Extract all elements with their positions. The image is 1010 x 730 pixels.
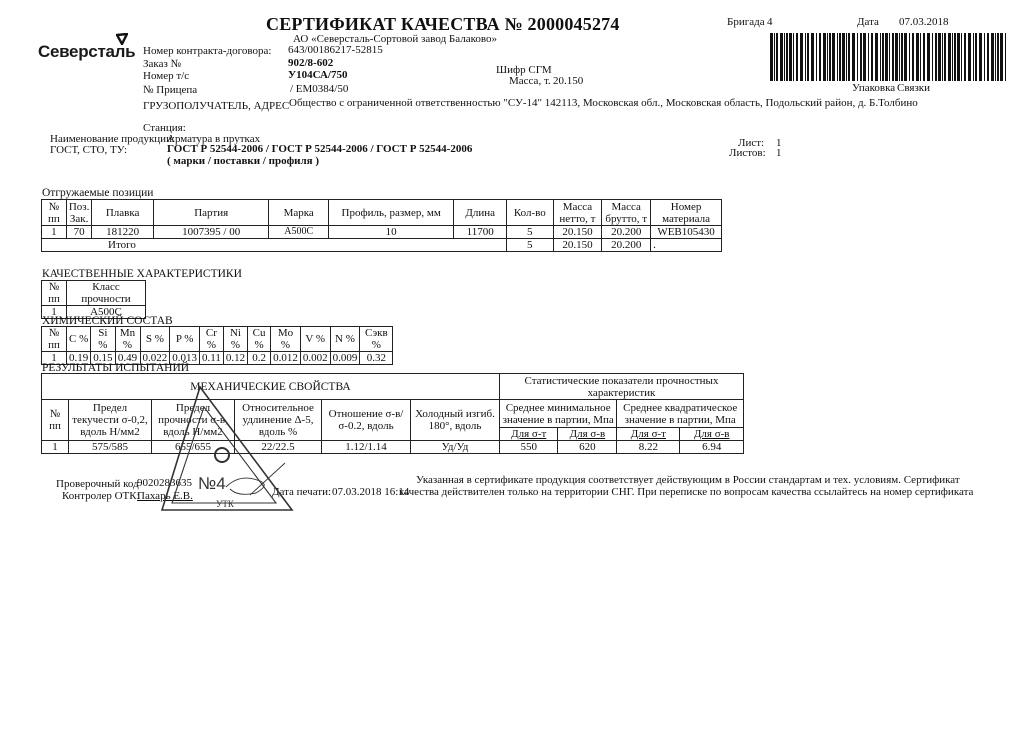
col-header: P % — [170, 327, 200, 352]
cell: 550 — [500, 441, 558, 454]
logo-mark-icon — [116, 33, 128, 45]
table-row: 1 70 181220 1007395 / 00 A500C 10 11700 … — [42, 226, 722, 239]
sheets-value: 1 — [776, 147, 782, 159]
sheets-label: Листов: — [729, 147, 766, 159]
chemical-table: № ппC %Si %Mn %S %P %Cr %Ni %Cu %Mo %V %… — [41, 326, 393, 365]
total-row: Итого 5 20.150 20.200 . — [42, 239, 722, 252]
col-header: N % — [330, 327, 360, 352]
print-date-value: 07.03.2018 16:14 — [332, 486, 409, 498]
cell: 1.12/1.14 — [322, 441, 411, 454]
total-net: 20.150 — [553, 239, 602, 252]
cell: 1 — [42, 226, 67, 239]
cell: 575/585 — [69, 441, 152, 454]
cell: 181220 — [92, 226, 154, 239]
brigade-value: 4 — [767, 16, 773, 28]
cell: A500C — [269, 226, 329, 239]
total-qty: 5 — [507, 239, 554, 252]
trailer-value: / ЕМ0384/50 — [290, 83, 348, 95]
total-label: Итого — [42, 239, 507, 252]
cell: 70 — [66, 226, 92, 239]
certificate-title: СЕРТИФИКАТ КАЧЕСТВА № 2000045274 — [266, 14, 620, 35]
print-date-label: Дата печати: — [272, 486, 331, 498]
company-logo: Северсталь — [38, 42, 135, 62]
shipped-title: Отгружаемые позиции — [42, 187, 153, 199]
cell: 10 — [328, 226, 453, 239]
col-header: Отношение σ-в/σ-0.2, вдоль — [322, 400, 411, 441]
controller-label: Контролер ОТК: — [62, 490, 140, 502]
consignee-value: Общество с ограниченной ответственностью… — [289, 97, 918, 109]
total-material: . — [651, 239, 722, 252]
col-header: C % — [67, 327, 91, 352]
cell: 655/655 — [152, 441, 235, 454]
order-value: 902/8-602 — [288, 57, 333, 69]
contract-label: Номер контракта-договора: — [143, 45, 271, 57]
col-header: Ni % — [223, 327, 247, 352]
cell: 20.150 — [553, 226, 602, 239]
quality-table: № пп Класс прочности 1 A500C — [41, 280, 146, 319]
sub-header: Для σ-т — [617, 428, 680, 441]
col-header: Cr % — [200, 327, 224, 352]
col-header: Предел текучести σ-0,2, вдоль Н/мм2 — [69, 400, 152, 441]
col-header: Масса нетто, т — [553, 200, 602, 226]
col-header: Марка — [269, 200, 329, 226]
tests-table: МЕХАНИЧЕСКИЕ СВОЙСТВА Статистические пок… — [41, 373, 744, 454]
stamp-bottom-text: УТК — [216, 499, 235, 509]
col-header: № пп — [42, 400, 69, 441]
compliance-note-2: качества действителен только на территор… — [399, 486, 973, 498]
vehicle-label: Номер т/с — [143, 70, 189, 82]
gost-subtitle: ( марки / поставки / профиля ) — [167, 155, 319, 167]
cell: 620 — [558, 441, 617, 454]
cell: 11700 — [454, 226, 507, 239]
check-code-value: 9020283635 — [137, 477, 192, 489]
order-label: Заказ № — [143, 58, 181, 70]
col-header: S % — [140, 327, 170, 352]
vehicle-value: У104СА/750 — [288, 69, 347, 81]
col-header: Относительное удлинение Δ-5, вдоль % — [235, 400, 322, 441]
table-row: 1 575/585 655/655 22/22.5 1.12/1.14 Уд/У… — [42, 441, 744, 454]
col-header: Номер материала — [651, 200, 722, 226]
cell: 0.12 — [223, 352, 247, 365]
cell: 0.009 — [330, 352, 360, 365]
cell: 0.002 — [300, 352, 330, 365]
col-header: Si % — [91, 327, 115, 352]
barcode — [770, 33, 1008, 81]
cell: Уд/Уд — [411, 441, 500, 454]
col-header: Mn % — [115, 327, 140, 352]
col-header: Масса брутто, т — [602, 200, 651, 226]
cell: 1 — [42, 441, 69, 454]
col-header: Класс прочности — [67, 281, 146, 306]
mech-title: МЕХАНИЧЕСКИЕ СВОЙСТВА — [42, 374, 500, 400]
sub-header: Для σ-в — [680, 428, 744, 441]
col-header: № пп — [42, 281, 67, 306]
col-header: № пп — [42, 327, 67, 352]
shipped-table: № пп Поз. Зак. Плавка Партия Марка Профи… — [41, 199, 722, 252]
col-header: № пп — [42, 200, 67, 226]
cell: 8.22 — [617, 441, 680, 454]
cell: 22/22.5 — [235, 441, 322, 454]
col-header: Холодный изгиб. 180°, вдоль — [411, 400, 500, 441]
consignee-label: ГРУЗОПОЛУЧАТЕЛЬ, АДРЕС — [143, 100, 289, 112]
mass-value: 20.150 — [553, 75, 583, 87]
col-header: Длина — [454, 200, 507, 226]
date-label: Дата — [857, 16, 879, 28]
packaging-label: Упаковка — [852, 82, 895, 94]
cell: 6.94 — [680, 441, 744, 454]
mass-label: Масса, т. — [509, 75, 551, 87]
col-header: V % — [300, 327, 330, 352]
brigade-label: Бригада — [727, 16, 765, 28]
col-header: Поз. Зак. — [66, 200, 92, 226]
stat-title: Статистические показатели прочностных ха… — [500, 374, 744, 400]
total-gross: 20.200 — [602, 239, 651, 252]
compliance-note-1: Указанная в сертификате продукция соотве… — [416, 474, 960, 486]
trailer-label: № Прицепа — [143, 84, 197, 96]
col-header: Cu % — [248, 327, 271, 352]
cell: 5 — [507, 226, 554, 239]
col-header: Mo % — [271, 327, 301, 352]
cell: 20.200 — [602, 226, 651, 239]
date-value: 07.03.2018 — [899, 16, 949, 28]
col-header: Профиль, размер, мм — [328, 200, 453, 226]
cell: WEB105430 — [651, 226, 722, 239]
stat-min-header: Среднее минимальное значение в партии, М… — [500, 400, 617, 428]
cell: 1007395 / 00 — [153, 226, 269, 239]
packaging-value: Связки — [897, 82, 930, 94]
col-header: Плавка — [92, 200, 154, 226]
sub-header: Для σ-в — [558, 428, 617, 441]
col-header: Сэкв % — [360, 327, 393, 352]
check-code-label: Проверочный код — [56, 478, 139, 490]
cell: 0.32 — [360, 352, 393, 365]
cell: 0.2 — [248, 352, 271, 365]
controller-value: Пахарь Е.В. — [137, 490, 193, 502]
col-header: Партия — [153, 200, 269, 226]
col-header: Кол-во — [507, 200, 554, 226]
stamp-number: №4 — [198, 474, 226, 493]
sub-header: Для σ-т — [500, 428, 558, 441]
quality-title: КАЧЕСТВЕННЫЕ ХАРАКТЕРИСТИКИ — [42, 268, 242, 280]
gost-value: ГОСТ Р 52544-2006 / ГОСТ Р 52544-2006 / … — [167, 143, 472, 155]
cell: 0.012 — [271, 352, 301, 365]
contract-value: 643/00186217-52815 — [288, 44, 383, 56]
cell: 0.11 — [200, 352, 224, 365]
col-header: Предел прочности σ-в, вдоль Н/мм2 — [152, 400, 235, 441]
stat-sq-header: Среднее квадратическое значение в партии… — [617, 400, 744, 428]
gost-label: ГОСТ, СТО, ТУ: — [50, 144, 127, 156]
